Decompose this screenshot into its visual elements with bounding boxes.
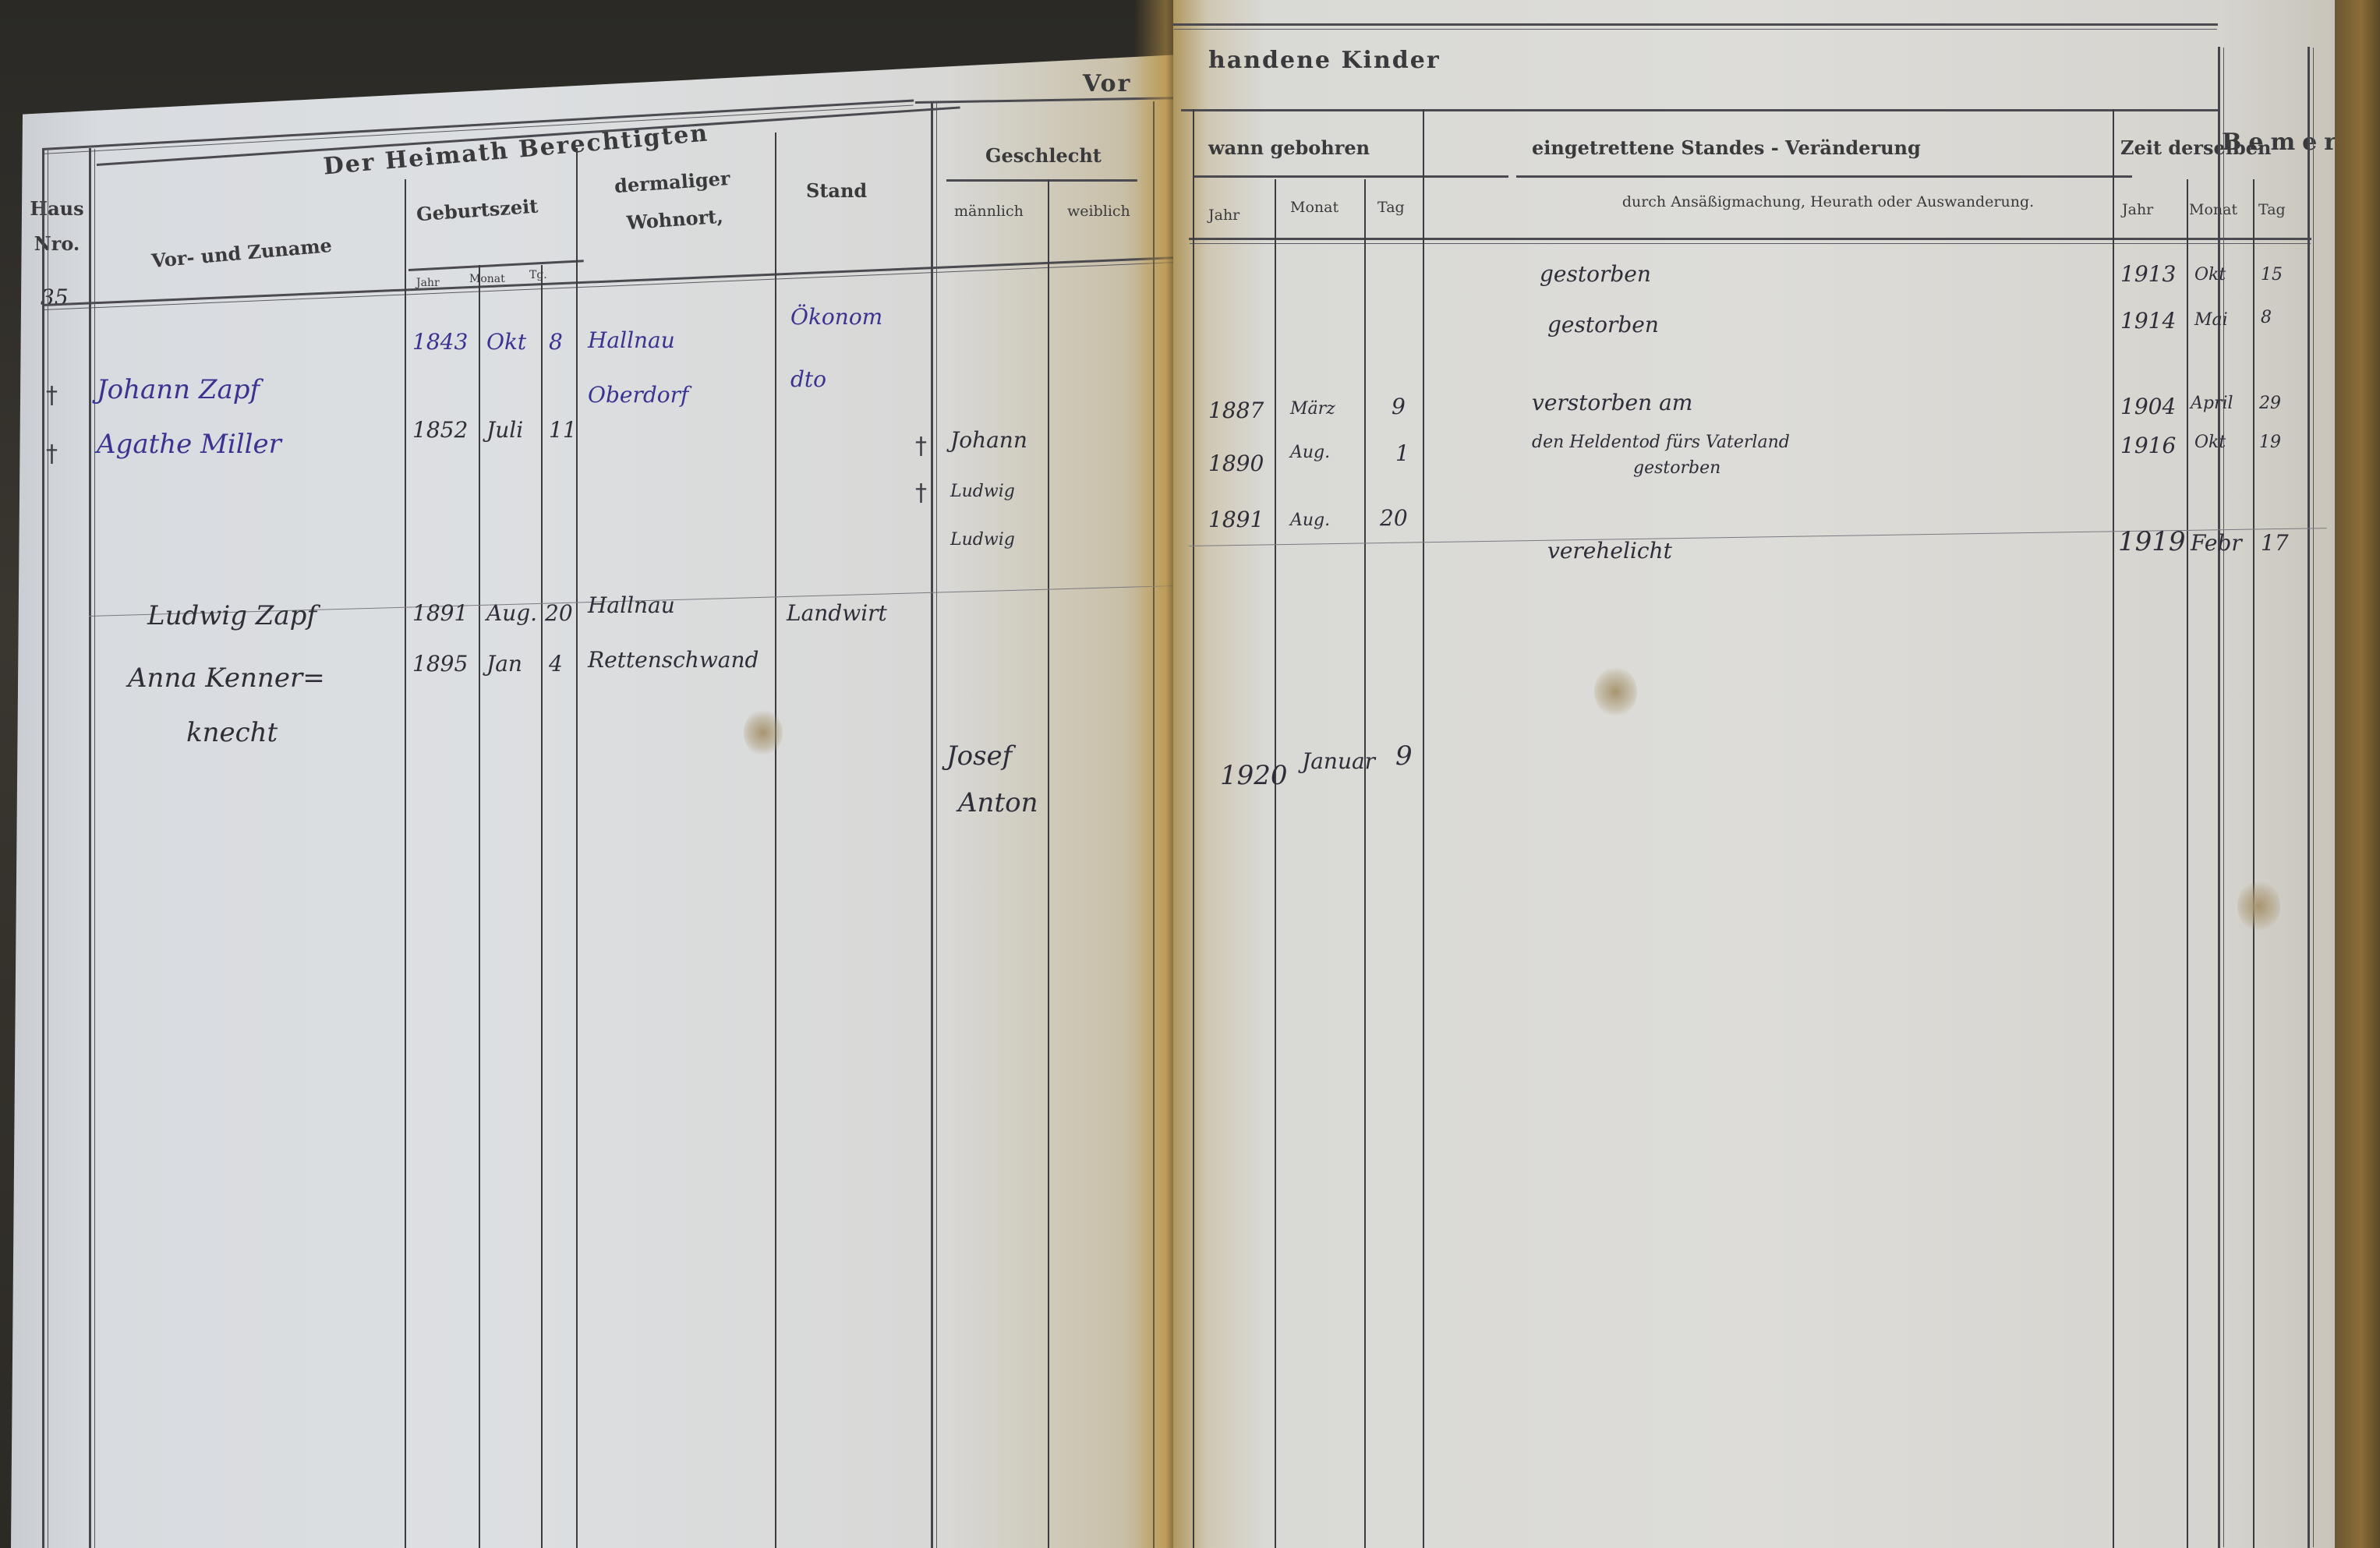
column-rule-maennlich [1048, 179, 1049, 1548]
name-cell: Agathe Miller [97, 429, 281, 460]
column-header-wann-gebohren: wann gebohren [1208, 136, 1370, 159]
wann-gebohren-sub-rule [1193, 175, 1508, 178]
column-header-standes-sub: durch Ansäßigmachung, Heurath oder Auswa… [1555, 191, 2101, 213]
paper-stain [744, 709, 783, 756]
group-header-vor: Vor [1083, 70, 1131, 97]
column-rule-jahr-left [1193, 109, 1194, 1548]
change-year-cell: 1904 [2120, 394, 2176, 419]
child-birth-year: 1890 [1208, 451, 1264, 476]
child-birth-year: 1920 [1220, 760, 1288, 791]
column-header-tag: Tag [1377, 199, 1405, 216]
status-change-cell: den Heldentod fürs Vaterland [1532, 433, 1790, 452]
group-header-rule [1181, 109, 2218, 111]
column-header-geschlecht: Geschlecht [985, 144, 1102, 167]
column-header-haus-nro: Haus Nro. [30, 191, 84, 261]
status-change-cell: gestorben [1547, 312, 1659, 338]
column-rule-tag [1423, 109, 1424, 1548]
change-month-cell: Okt [2194, 433, 2226, 452]
child-birth-day: 9 [1392, 394, 1406, 419]
birth-day-cell: 20 [545, 600, 573, 626]
child-name-cell-continuation: Anton [958, 787, 1038, 818]
birth-month-cell: Aug. [486, 600, 537, 626]
column-rule-outer-right [2308, 47, 2310, 1548]
geburtszeit-monat: Monat [469, 273, 505, 285]
column-rule-jahr [1275, 179, 1276, 1548]
column-header-monat: Monat [1290, 199, 1339, 216]
child-name-cell: Josef [946, 740, 1012, 772]
change-year-cell: 1913 [2120, 261, 2176, 287]
status-cell: dto [790, 366, 826, 392]
column-header-maennlich: männlich [954, 203, 1024, 220]
column-rule-tag [576, 148, 578, 1548]
residence-cell: Hallnau [588, 592, 675, 618]
deceased-cross-icon: † [915, 433, 927, 460]
child-birth-month: Aug. [1290, 511, 1330, 530]
column-rule-monat [1364, 179, 1366, 1548]
status-change-cell: gestorben [1540, 261, 1651, 287]
status-change-cell: gestorben [1633, 458, 1720, 478]
child-birth-month: März [1290, 399, 1335, 419]
column-rule-stand [931, 101, 933, 1548]
column-rule-jahr [479, 265, 480, 1548]
birth-year-cell: 1891 [412, 600, 468, 626]
geschlecht-sub-rule [946, 179, 1137, 182]
change-year-cell: 1919 [2118, 526, 2186, 557]
birth-year-cell: 1843 [412, 329, 468, 355]
residence-cell: Rettenschwand [588, 647, 759, 673]
child-name-cell: Johann [950, 427, 1027, 453]
column-header-geburtszeit: Geburtszeit [416, 195, 539, 226]
birth-year-cell: 1895 [412, 651, 468, 677]
change-month-cell: Febr [2191, 530, 2242, 556]
name-cell: Ludwig Zapf [147, 600, 317, 631]
birth-month-cell: Jan [486, 651, 522, 677]
name-cell: Anna Kenner= [128, 663, 325, 694]
name-cell-continuation: knecht [186, 717, 278, 748]
residence-cell: Hallnau [588, 327, 675, 353]
house-number: 35 [41, 285, 69, 310]
child-birth-day: 9 [1395, 740, 1413, 772]
column-header-jahr: Jahr [1208, 207, 1240, 224]
child-birth-year: 1887 [1208, 398, 1264, 423]
child-name-cell: Ludwig [950, 482, 1015, 501]
column-rule-name [405, 179, 406, 1548]
change-month-cell: Okt [2194, 265, 2226, 285]
column-header-zeit-monat: Monat [2189, 201, 2237, 218]
child-birth-month: Januar [1302, 748, 1375, 774]
column-rule-haus [89, 148, 91, 1548]
paper-stain [2237, 881, 2280, 931]
column-header-bemerkungen: Bemerkungen. [2222, 129, 2335, 156]
column-header-zeit-jahr: Jahr [2122, 201, 2153, 218]
column-rule-zeit-jahr [2187, 179, 2188, 1548]
group-header-handene-kinder: handene Kinder [1208, 47, 1441, 74]
left-page: Der Heimath Berechtigten Haus Nro. 35 Vo… [11, 55, 1180, 1548]
birth-day-cell: 4 [549, 651, 563, 677]
paper-stain [1594, 666, 1637, 717]
child-birth-year: 1891 [1208, 507, 1264, 532]
deceased-cross-icon: † [46, 440, 58, 468]
child-name-cell: Ludwig [950, 530, 1015, 550]
birth-year-cell: 1852 [412, 417, 468, 443]
change-year-cell: 1916 [2120, 433, 2176, 458]
change-day-cell: 17 [2261, 530, 2289, 556]
status-cell: Landwirt [787, 600, 887, 626]
column-rule-zeit-monat [2253, 179, 2254, 1548]
child-birth-day: 20 [1380, 505, 1408, 531]
column-rule-standes [2113, 109, 2114, 1548]
column-header-zeit-tag: Tag [2258, 201, 2286, 218]
child-birth-month: Aug. [1290, 443, 1330, 462]
status-cell: Ökonom [790, 304, 882, 330]
wooden-table-edge [2333, 0, 2380, 1548]
geburtszeit-tag: Tg. [529, 269, 547, 281]
birth-day-cell: 8 [549, 329, 563, 355]
change-day-cell: 15 [2261, 265, 2283, 285]
geburtszeit-sub-rule [408, 260, 584, 271]
change-day-cell: 8 [2261, 308, 2272, 327]
change-month-cell: April [2191, 394, 2233, 413]
change-day-cell: 19 [2259, 433, 2281, 452]
header-top-rule [1173, 23, 2218, 26]
column-rule-monat [541, 265, 543, 1548]
column-header-stand: Stand [806, 179, 867, 202]
header-bottom-rule [1189, 238, 2311, 240]
change-day-cell: 29 [2259, 394, 2281, 413]
deceased-cross-icon: † [46, 382, 58, 409]
column-header-vor-und-zuname: Vor- und Zuname [150, 234, 333, 272]
column-rule-wohnort [775, 133, 776, 1548]
change-year-cell: 1914 [2120, 308, 2176, 334]
residence-cell: Oberdorf [588, 382, 688, 408]
birth-day-cell: 11 [549, 417, 577, 443]
column-rule-outer [42, 148, 44, 1548]
birth-month-cell: Juli [486, 417, 523, 443]
deceased-cross-icon: † [915, 479, 927, 507]
status-change-cell: verstorben am [1532, 390, 1692, 415]
standes-sub-rule [1516, 175, 2132, 178]
right-page: handene Kinder wann gebohren Jahr Monat … [1173, 0, 2335, 1548]
child-birth-day: 1 [1395, 440, 1409, 466]
name-cell: Johann Zapf [97, 374, 260, 405]
change-month-cell: Mai [2194, 310, 2228, 330]
birth-month-cell: Okt [486, 329, 526, 355]
column-header-standes-veraenderung: eingetrettene Standes - Veränderung [1532, 136, 1921, 159]
status-change-cell: verehelicht [1547, 538, 1672, 564]
column-header-wohnort: dermaliger Wohnort, [601, 159, 746, 243]
column-header-weiblich: weiblich [1067, 203, 1130, 220]
